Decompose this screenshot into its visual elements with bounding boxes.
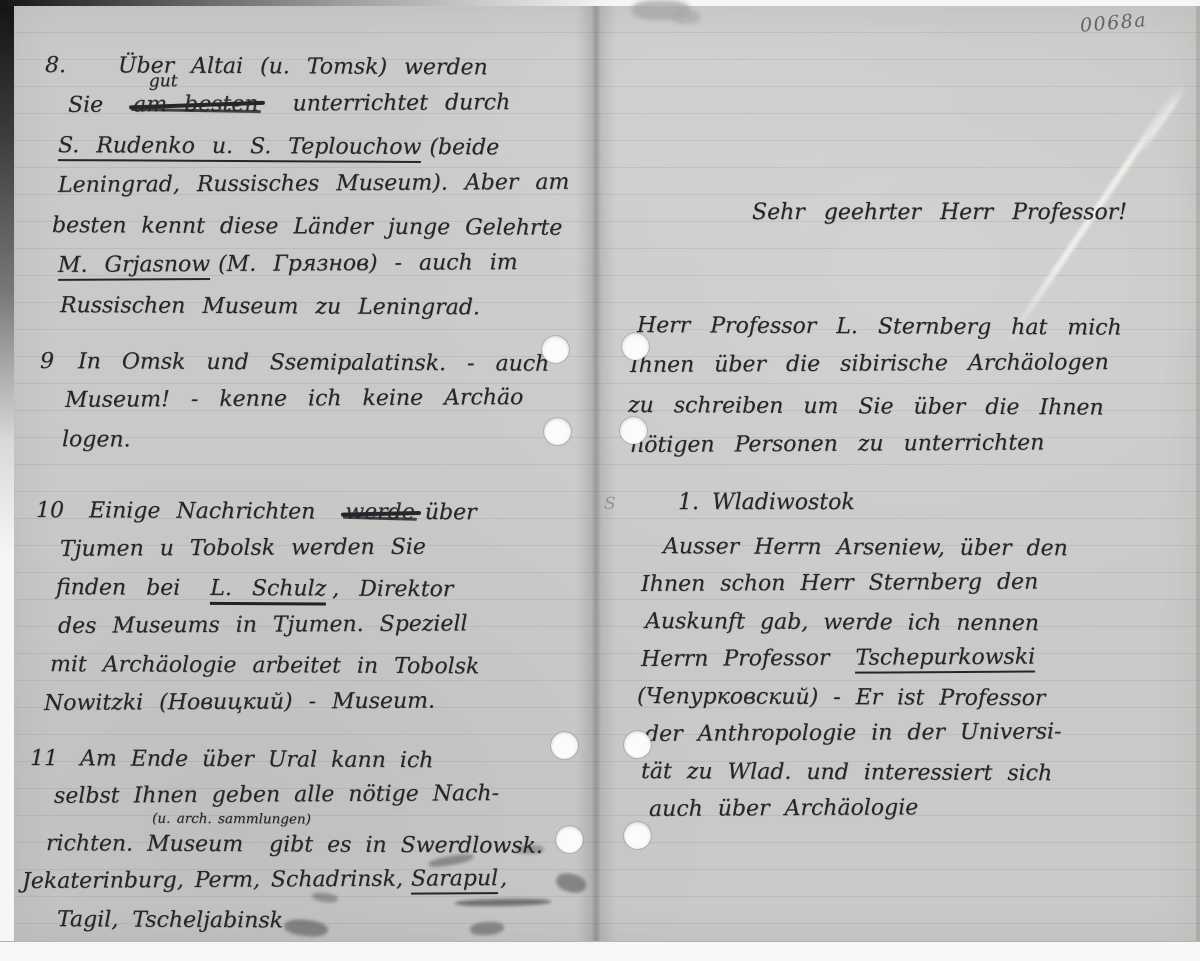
scanner-edge-right bbox=[1196, 6, 1200, 941]
handwritten-line: Herrn ProfessorTschepurkowski bbox=[636, 638, 1068, 678]
handwritten-line: Ihnen schon Herr Sternberg den bbox=[636, 563, 1068, 603]
handwritten-line: Ihnen über die sibirische Archäologen bbox=[628, 343, 1122, 386]
line-text: nötigen Personen zu unterrichten bbox=[630, 430, 1044, 458]
handwritten-line: der Anthropologie in der Universi- bbox=[636, 713, 1068, 753]
stray-mark: S bbox=[604, 494, 616, 514]
handwritten-line: (Чепурковский) - Er ist Professor bbox=[636, 678, 1068, 718]
page-number-label: 0068a bbox=[1079, 9, 1148, 37]
handwritten-line: tät zu Wlad. und interessiert sich bbox=[636, 753, 1068, 793]
scanner-edge-top bbox=[0, 0, 610, 6]
paragraph: Ausser Herrn Arseniew, über den Ihnen sc… bbox=[636, 528, 1068, 828]
line-text: (Чепурковский) - Er ist Professor bbox=[637, 684, 1046, 711]
line-text: Herrn Professor bbox=[641, 645, 830, 671]
line-text: tät zu Wlad. und interessiert sich bbox=[641, 759, 1052, 786]
handwritten-line: Herr Professor L. Sternberg hat mich bbox=[628, 306, 1122, 349]
hole-punch bbox=[624, 731, 651, 758]
hole-punch bbox=[622, 333, 649, 360]
line-text: auch über Archäologie bbox=[649, 795, 918, 822]
right-page: 0068a Sehr geehrter Herr Professor! Herr… bbox=[0, 0, 1200, 961]
scanner-edge-bottom bbox=[0, 941, 1200, 961]
salutation: Sehr geehrter Herr Professor! bbox=[752, 200, 1127, 225]
handwritten-line: Auskunft gab, werde ich nennen bbox=[636, 603, 1068, 643]
line-text: Herr Professor L. Sternberg hat mich bbox=[637, 313, 1122, 341]
hole-punch bbox=[544, 418, 571, 445]
line-text: zu schreiben um Sie über die Ihnen bbox=[628, 393, 1104, 420]
hole-punch bbox=[556, 826, 583, 853]
hole-punch bbox=[624, 822, 651, 849]
section-heading: S1. Wladiwostok bbox=[678, 490, 855, 515]
hole-punch bbox=[551, 732, 578, 759]
ink-smudge bbox=[516, 845, 544, 854]
handwritten-line: nötigen Personen zu unterrichten bbox=[628, 423, 1122, 466]
hole-punch bbox=[620, 417, 647, 444]
handwritten-line: auch über Archäologie bbox=[636, 788, 1068, 828]
hole-punch bbox=[542, 336, 569, 363]
line-text: Auskunft gab, werde ich nennen bbox=[645, 609, 1039, 636]
line-text: Ihnen über die sibirische Archäologen bbox=[630, 350, 1109, 378]
scanned-letter-spread: 8.Über Altai (u. Tomsk) werden Sieam bes… bbox=[0, 0, 1200, 961]
underlined-name: Tschepurkowski bbox=[855, 644, 1035, 673]
line-text: Ausser Herrn Arseniew, über den bbox=[663, 534, 1068, 561]
scanner-edge-left bbox=[0, 0, 14, 961]
handwritten-line: Ausser Herrn Arseniew, über den bbox=[636, 528, 1068, 568]
line-text: Ihnen schon Herr Sternberg den bbox=[641, 569, 1038, 596]
handwritten-line: zu schreiben um Sie über die Ihnen bbox=[628, 386, 1122, 429]
line-text: der Anthropologie in der Universi- bbox=[645, 719, 1062, 747]
heading-text: 1. Wladiwostok bbox=[678, 490, 855, 515]
paragraph: Herr Professor L. Sternberg hat mich Ihn… bbox=[628, 306, 1122, 466]
